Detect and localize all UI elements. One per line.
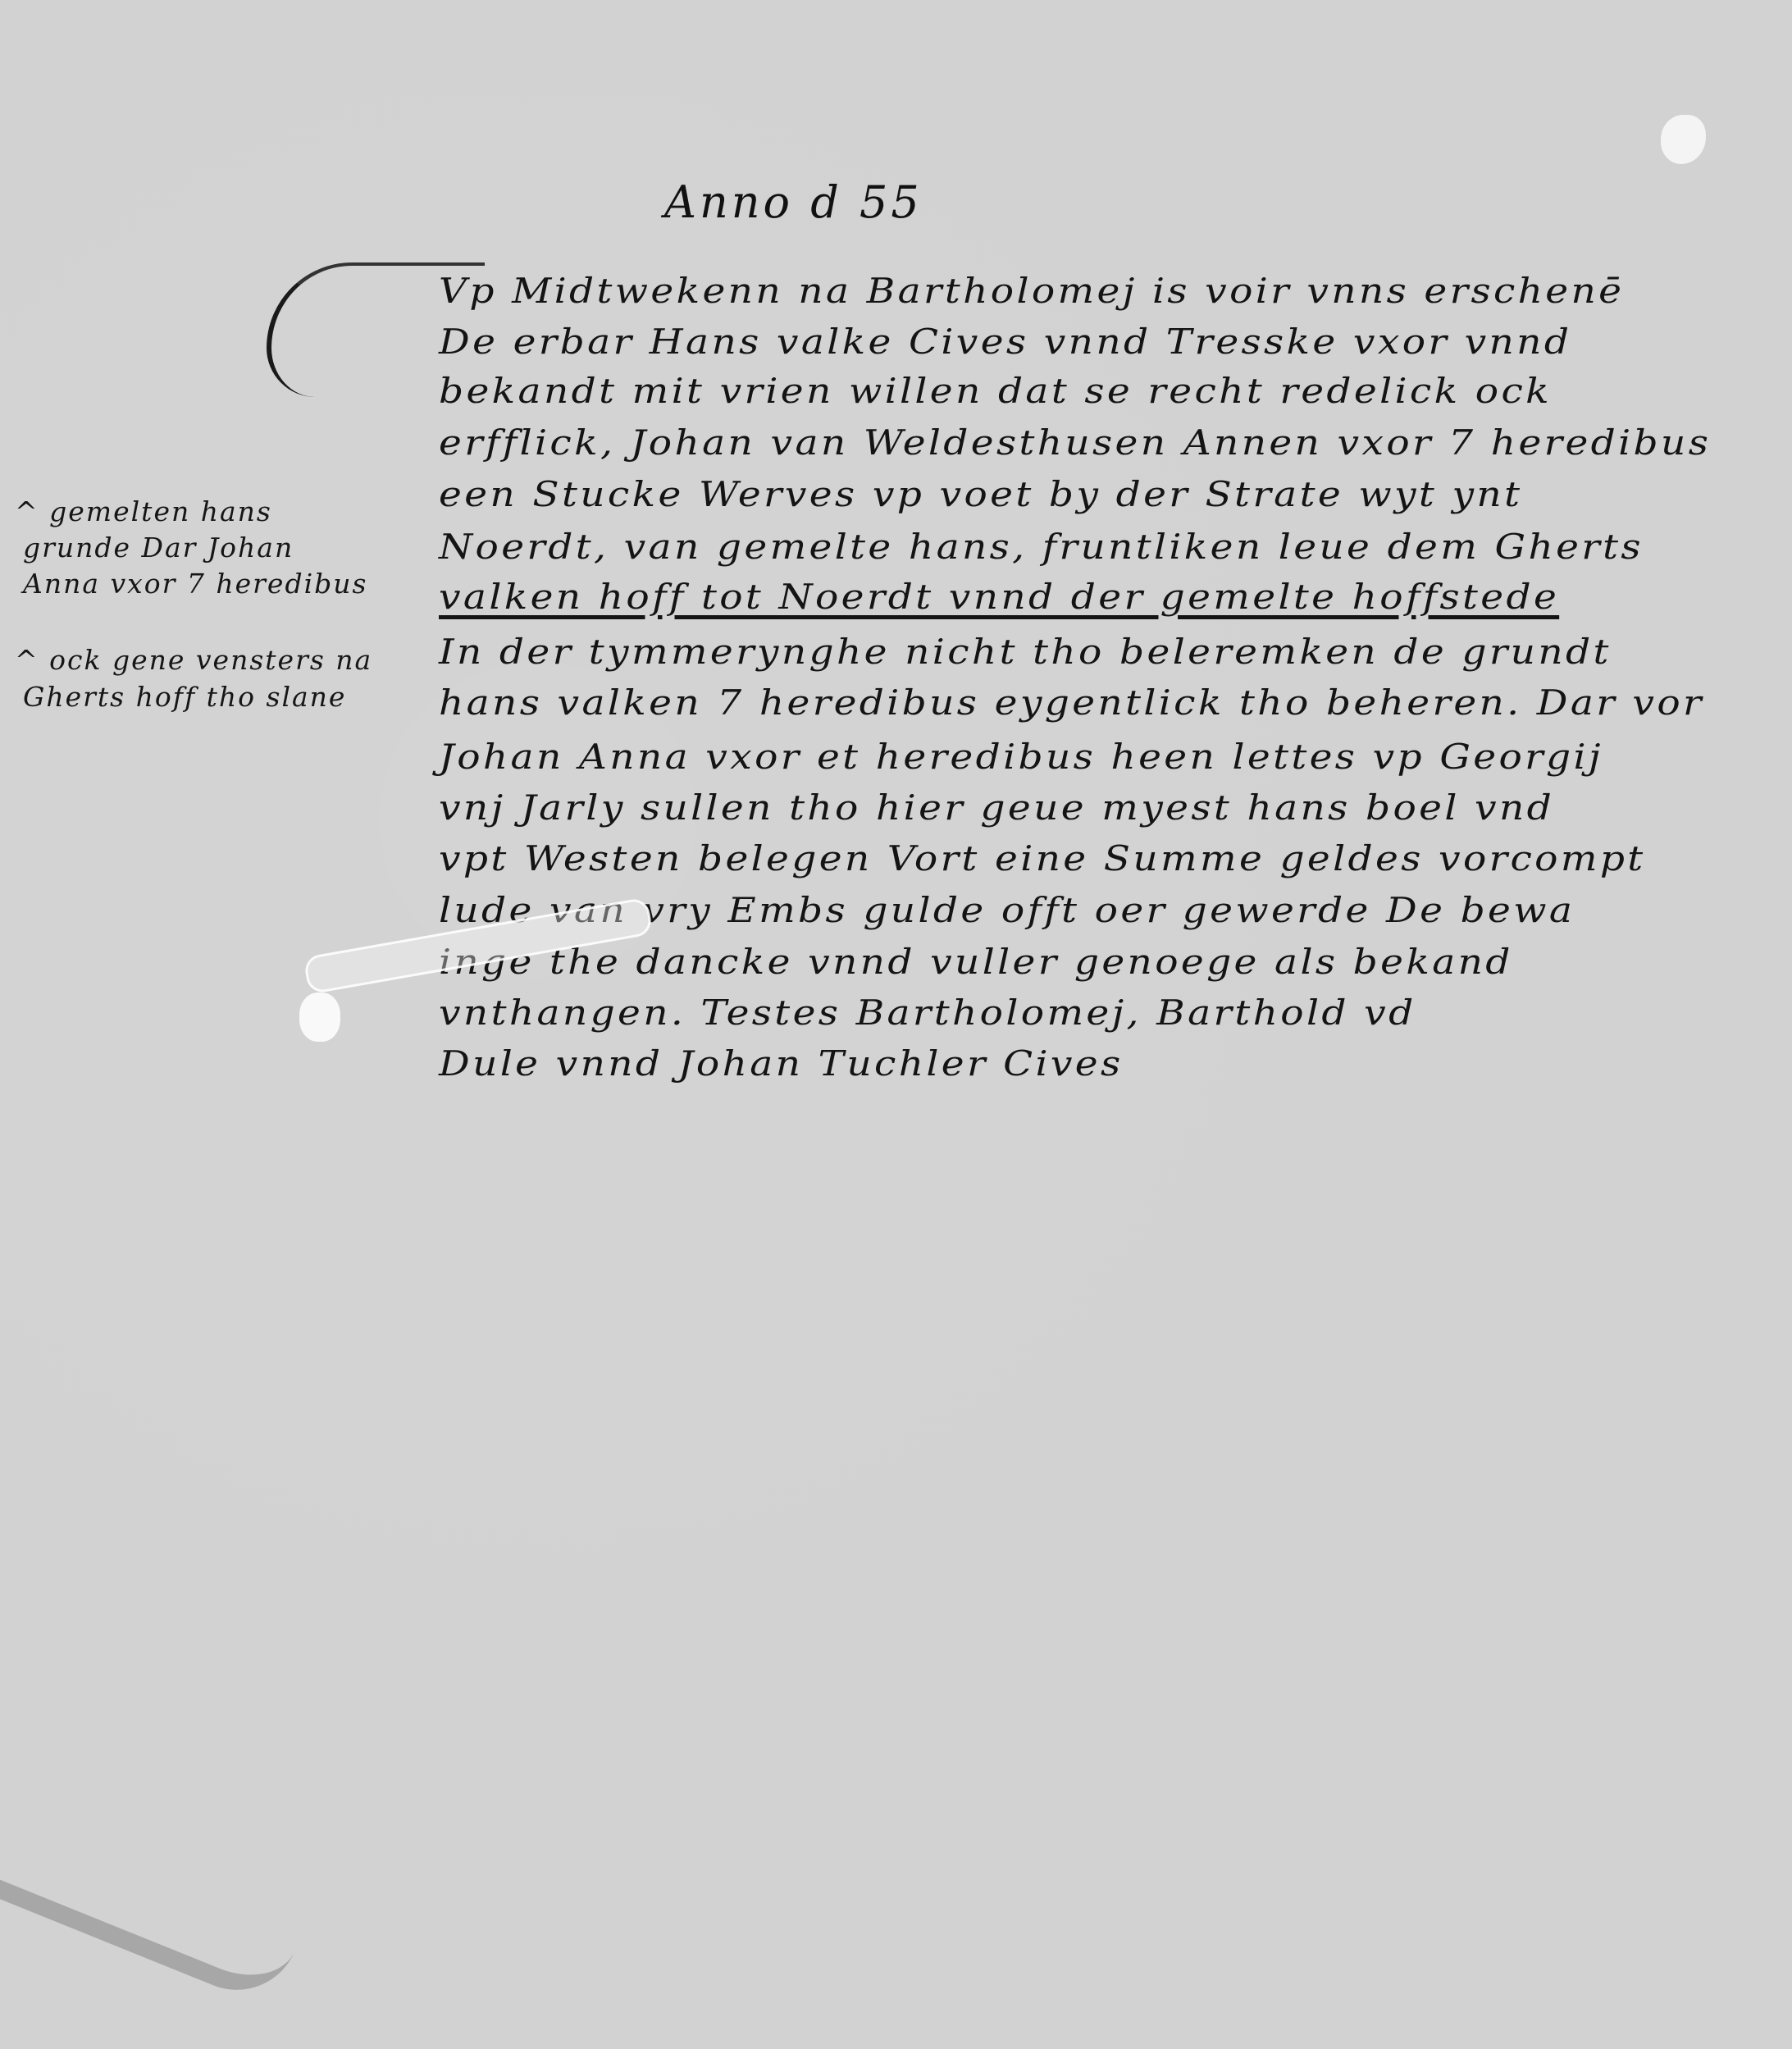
insertion-caret-icon: ^ [15,495,39,527]
text-line-15: vnthangen. Testes Bartholomej, Barthold … [439,993,1416,1033]
text-line-3: bekandt mit vrien willen dat se recht re… [439,371,1552,411]
text-line-11: vnj Jarly sullen tho hier geue myest han… [439,787,1554,828]
margin-note-1-line-1: ^ gemelten hans [15,495,272,527]
insertion-caret-icon: ^ [15,644,39,676]
text-line-2: De erbar Hans valke Cives vnnd Tresske v… [439,322,1571,362]
text-line-1: Vp Midtwekenn na Bartholomej is voir vnn… [439,271,1624,311]
text-line-14: inge the dancke vnnd vuller genoege als … [439,942,1513,982]
paper-damage-spot [1661,115,1706,164]
text-line-10: Johan Anna vxor et heredibus heen lettes… [439,737,1603,777]
margin-note-1-line-3: Anna vxor 7 heredibus [23,568,367,600]
text-line-9: hans valken 7 heredibus eygentlick tho b… [439,682,1704,723]
page-title: Anno d 55 [664,176,923,228]
text-line-4: erfflick, Johan van Weldesthusen Annen v… [439,422,1711,463]
text-line-12: vpt Westen belegen Vort eine Summe gelde… [439,838,1646,878]
text-line-16: Dule vnnd Johan Tuchler Cives [439,1043,1124,1084]
text-line-5: een Stucke Werves vp voet by der Strate … [439,474,1522,514]
margin-note-2-line-1: ^ ock gene vensters na [15,644,372,676]
margin-note-2-line-2: Gherts hoff tho slane [23,681,346,713]
ink-smudge-stroke [0,1828,295,2009]
text-line-7: valken hoff tot Noerdt vnnd der gemelte … [439,577,1559,617]
paper-scratch-end [299,993,340,1042]
text-line-8: In der tymmerynghe nicht tho beleremken … [439,632,1612,672]
text-line-6: Noerdt, van gemelte hans, fruntliken leu… [439,527,1644,567]
margin-note-1-line-2: grunde Dar Johan [23,532,294,564]
manuscript-page: Anno d 55 Vp Midtwekenn na Bartholomej i… [0,0,1792,2049]
